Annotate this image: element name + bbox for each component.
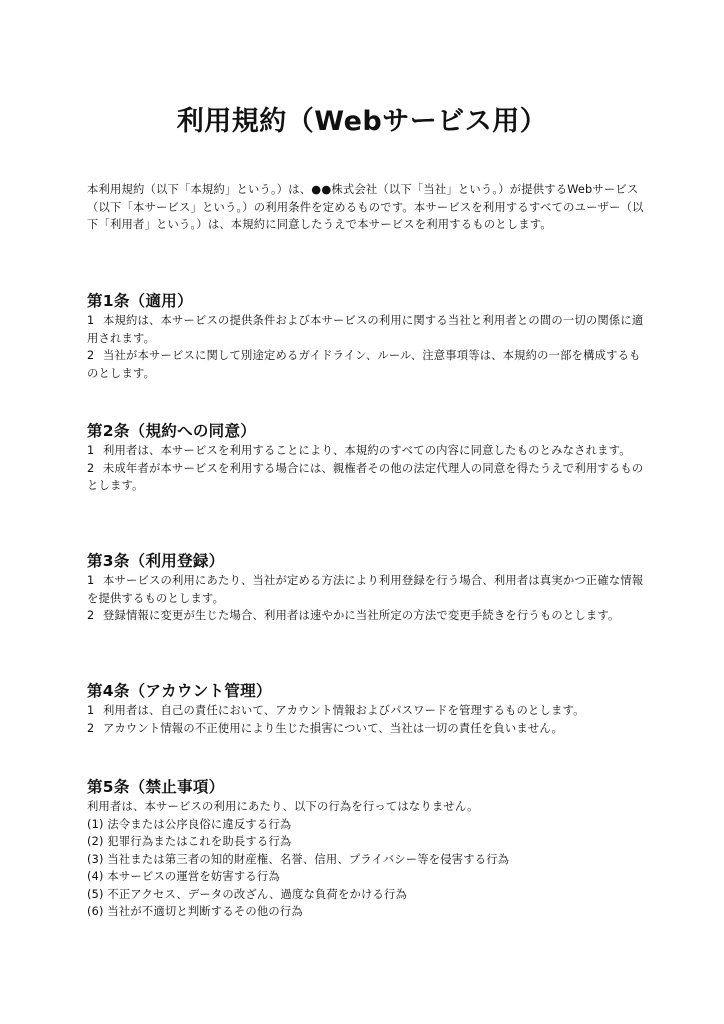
article-item: 1利用者は、本サービスを利用することにより、本規約のすべての内容に同意したものと… — [87, 442, 647, 460]
document-page: 利用規約（Webサービス用） 本利用規約（以下「本規約」という。）は、●●株式会… — [0, 0, 724, 1024]
article-item: 2登録情報に変更が生じた場合、利用者は速やかに当社所定の方法で変更手続きを行うも… — [87, 607, 647, 625]
article-heading: 第3条（利用登録） — [87, 550, 647, 572]
item-text: 不正アクセス、データの改ざん、過度な負荷をかける行為 — [107, 888, 407, 901]
item-text: 本サービスの運営を妨害する行為 — [107, 870, 279, 883]
item-text: 利用者は、自己の責任において、アカウント情報およびパスワードを管理するものとしま… — [103, 704, 585, 717]
article-1: 第1条（適用） 1本規約は、本サービスの提供条件および本サービスの利用に関する当… — [87, 290, 647, 382]
article-heading: 第5条（禁止事項） — [87, 776, 647, 798]
article-item: 1本サービスの利用にあたり、当社が定める方法により利用登録を行う場合、利用者は真… — [87, 572, 647, 607]
item-number: 1 — [87, 572, 103, 590]
article-item: 2未成年者が本サービスを利用する場合には、親権者その他の法定代理人の同意を得たう… — [87, 460, 647, 495]
item-number: 1 — [87, 312, 103, 330]
item-text: 当社または第三者の知的財産権、名誉、信用、プライバシー等を侵害する行為 — [107, 853, 509, 866]
item-text: 犯罪行為またはこれを助長する行為 — [107, 835, 291, 848]
list-item: (5) 不正アクセス、データの改ざん、過度な負荷をかける行為 — [87, 886, 647, 904]
article-lead: 利用者は、本サービスの利用にあたり、以下の行為を行ってはなりません。 — [87, 798, 647, 816]
article-heading: 第1条（適用） — [87, 290, 647, 312]
item-number: 2 — [87, 347, 103, 365]
item-text: 登録情報に変更が生じた場合、利用者は速やかに当社所定の方法で変更手続きを行うもの… — [103, 609, 619, 622]
article-item: 2当社が本サービスに関して別途定めるガイドライン、ルール、注意事項等は、本規約の… — [87, 347, 647, 382]
item-text: 利用者は、本サービスを利用することにより、本規約のすべての内容に同意したものとみ… — [103, 444, 631, 457]
item-number: (6) — [87, 905, 104, 918]
article-heading: 第2条（規約への同意） — [87, 420, 647, 442]
article-2: 第2条（規約への同意） 1利用者は、本サービスを利用することにより、本規約のすべ… — [87, 420, 647, 495]
article-heading: 第4条（アカウント管理） — [87, 680, 647, 702]
item-number: 2 — [87, 607, 103, 625]
list-item: (3) 当社または第三者の知的財産権、名誉、信用、プライバシー等を侵害する行為 — [87, 851, 647, 869]
item-text: 当社が本サービスに関して別途定めるガイドライン、ルール、注意事項等は、本規約の一… — [87, 349, 641, 380]
item-number: (4) — [87, 870, 104, 883]
intro-paragraph: 本利用規約（以下「本規約」という。）は、●●株式会社（以下「当社」という。）が提… — [87, 181, 647, 234]
item-text: 当社が不適切と判断するその他の行為 — [107, 905, 302, 918]
article-4: 第4条（アカウント管理） 1利用者は、自己の責任において、アカウント情報およびパ… — [87, 680, 647, 737]
item-text: 本規約は、本サービスの提供条件および本サービスの利用に関する当社と利用者との間の… — [87, 314, 643, 345]
document-title: 利用規約（Webサービス用） — [0, 104, 724, 140]
item-number: 1 — [87, 702, 103, 720]
article-item: 2アカウント情報の不正使用により生じた損害について、当社は一切の責任を負いません… — [87, 720, 647, 738]
article-item: 1利用者は、自己の責任において、アカウント情報およびパスワードを管理するものとし… — [87, 702, 647, 720]
item-number: 1 — [87, 442, 103, 460]
item-number: (5) — [87, 888, 104, 901]
article-item: 1本規約は、本サービスの提供条件および本サービスの利用に関する当社と利用者との間… — [87, 312, 647, 347]
list-item: (2) 犯罪行為またはこれを助長する行為 — [87, 833, 647, 851]
article-5: 第5条（禁止事項） 利用者は、本サービスの利用にあたり、以下の行為を行ってはなり… — [87, 776, 647, 921]
item-number: (3) — [87, 853, 104, 866]
list-item: (6) 当社が不適切と判断するその他の行為 — [87, 903, 647, 921]
item-number: (1) — [87, 818, 104, 831]
item-number: 2 — [87, 720, 103, 738]
item-text: 本サービスの利用にあたり、当社が定める方法により利用登録を行う場合、利用者は真実… — [87, 574, 643, 605]
item-number: 2 — [87, 460, 103, 478]
item-number: (2) — [87, 835, 104, 848]
item-text: アカウント情報の不正使用により生じた損害について、当社は一切の責任を負いません。 — [103, 722, 563, 735]
list-item: (4) 本サービスの運営を妨害する行為 — [87, 868, 647, 886]
article-3: 第3条（利用登録） 1本サービスの利用にあたり、当社が定める方法により利用登録を… — [87, 550, 647, 625]
list-item: (1) 法令または公序良俗に違反する行為 — [87, 816, 647, 834]
item-text: 未成年者が本サービスを利用する場合には、親権者その他の法定代理人の同意を得たうえ… — [87, 462, 643, 493]
item-text: 法令または公序良俗に違反する行為 — [107, 818, 291, 831]
